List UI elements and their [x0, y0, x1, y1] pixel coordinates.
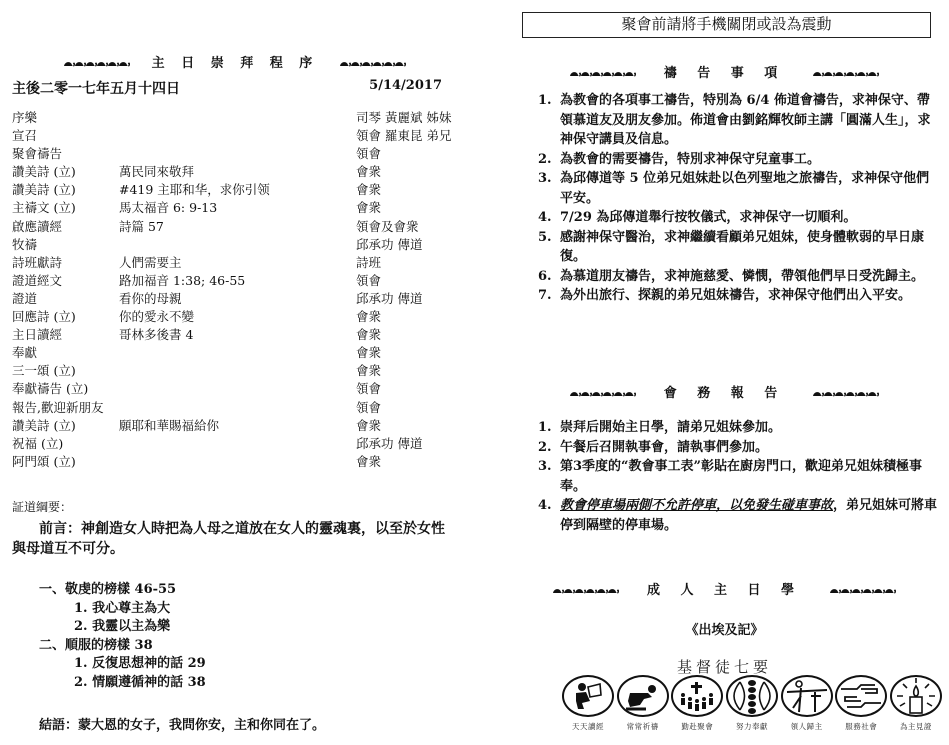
program-leader: 邱承功 傳道 [356, 435, 422, 453]
program-content: 詩篇 57 [119, 218, 164, 236]
sermon-intro: 前言：神創造女人時把為人母之道放在女人的靈魂裏，以至於女性與母道互不可分。 [12, 519, 452, 559]
program-list: 序樂司琴 黃麗斌 姊妹宣召領會 羅東昆 弟兄聚會禱告領會讚美詩 (立)萬民同來敬… [12, 109, 462, 471]
program-leader: 會衆 [356, 453, 381, 471]
program-row: 祝福 (立)邱承功 傳道 [12, 435, 462, 453]
prayer-item: 4.7/29 為邱傳道舉行按牧儀式，求神保守一切順利。 [538, 208, 938, 228]
essential-caption: 服務社會 [845, 721, 877, 732]
program-content: #419 主耶和华，求你引领 [119, 181, 270, 199]
program-content: 你的愛永不變 [119, 308, 194, 326]
scroll-ornament-icon [339, 59, 407, 69]
program-item: 讚美詩 (立) [12, 417, 76, 435]
program-item: 詩班獻詩 [12, 254, 62, 272]
church-gathering-icon [671, 675, 723, 717]
program-content: 哥林多後書 4 [119, 326, 193, 344]
program-row: 主禱文 (立)馬太福音 6: 9-13會衆 [12, 199, 462, 217]
program-item: 主禱文 (立) [12, 199, 76, 217]
order-of-worship-panel: 主 日 崇 拜 程 序 主後二零一七年五月十四日 5/14/2017 序樂司琴 … [0, 0, 470, 745]
item-number: 4. [538, 208, 552, 228]
announcements-heading: 會 務 報 告 [500, 382, 949, 401]
program-leader: 會衆 [356, 362, 381, 380]
outline-subpoint: 1. 我心尊主為大 [12, 600, 462, 619]
program-item: 阿門頌 (立) [12, 453, 76, 471]
program-item: 讚美詩 (立) [12, 181, 76, 199]
item-number: 2. [538, 150, 552, 170]
announcements-list: 1.崇拜后開始主日學，請弟兄姐妹參加。2.午餐后召開執事會，請執事們參加。3.第… [538, 418, 938, 535]
announcement-text: 第3季度的“教會事工表”彰貼在廚房門口，歡迎弟兄姐妹積極事奉。 [560, 459, 922, 494]
item-number: 5. [538, 228, 552, 248]
essential-caption: 為主見證 [900, 721, 932, 732]
program-item: 祝福 (立) [12, 435, 63, 453]
program-item: 牧禱 [12, 236, 37, 254]
prayer-item-text: 感謝神保守醫治，求神繼續看顧弟兄姐妹，使身體軟弱的早日康復。 [560, 230, 924, 265]
program-item: 宣召 [12, 127, 37, 145]
announcements-panel: 聚會前請將手機關閉或設為震動 禱 告 事 項 1.為教會的各項事工禱告，特別為 … [500, 0, 949, 745]
prayer-item-text: 為外出旅行、探親的弟兄姐妹禱告，求神保守他們出入平安。 [560, 288, 911, 303]
program-row: 主日讀經哥林多後書 4會衆 [12, 326, 462, 344]
essential-caption: 常常祈禱 [627, 721, 659, 732]
program-leader: 會衆 [356, 344, 381, 362]
witness-candle-icon [890, 675, 942, 717]
program-row: 證道看你的母親邱承功 傳道 [12, 290, 462, 308]
prayer-item: 5.感謝神保守醫治，求神繼續看顧弟兄姐妹，使身體軟弱的早日康復。 [538, 228, 938, 267]
scroll-ornament-icon [569, 389, 637, 399]
sermon-outline-label: 証道綱要： [12, 498, 462, 515]
seven-essentials-icons: 天天讀經常常祈禱勤赴聚會努力奉獻領人歸主服務社會為主見證 [562, 675, 942, 737]
scroll-ornament-icon [569, 69, 637, 79]
prayer-item: 7.為外出旅行、探親的弟兄姐妹禱告，求神保守他們出入平安。 [538, 286, 938, 306]
prayer-heading-title: 禱 告 事 項 [664, 66, 786, 81]
program-leader: 會衆 [356, 163, 381, 181]
program-row: 啟應讀經詩篇 57領會及會衆 [12, 218, 462, 236]
announcement-item: 3.第3季度的“教會事工表”彰貼在廚房門口，歡迎弟兄姐妹積極事奉。 [538, 457, 938, 496]
reading-bible-icon [562, 675, 614, 717]
program-item: 啟應讀經 [12, 218, 62, 236]
essential-caption: 領人歸主 [791, 721, 823, 732]
program-item: 回應詩 (立) [12, 308, 76, 326]
scroll-ornament-icon [829, 586, 897, 596]
program-leader: 司琴 黃麗斌 姊妹 [356, 109, 451, 127]
prayer-item-text: 7/29 為邱傳道舉行按牧儀式，求神保守一切順利。 [560, 210, 856, 225]
essential-item: 努力奉獻 [726, 675, 778, 737]
seven-essentials-title: 基督徒七要 [500, 656, 949, 677]
outline-point: 二、順服的榜樣 38 [12, 637, 462, 656]
prayer-item: 1.為教會的各項事工禱告，特別為 6/4 佈道會禱告，求神保守、帶領慕道友及朋友… [538, 91, 938, 150]
worship-order-title: 主 日 崇 拜 程 序 [152, 56, 319, 71]
essential-caption: 天天讀經 [572, 721, 604, 732]
sunday-school-book: 《出埃及記》 [500, 619, 949, 638]
sunday-school-heading: 成 人 主 日 學 [500, 579, 949, 598]
prayer-heading: 禱 告 事 項 [500, 62, 949, 81]
program-row: 回應詩 (立)你的愛永不變會衆 [12, 308, 462, 326]
kneeling-prayer-icon [617, 675, 669, 717]
essential-caption: 努力奉獻 [736, 721, 768, 732]
program-content: 萬民同來敬拜 [119, 163, 194, 181]
program-item: 主日讀經 [12, 326, 62, 344]
program-item: 聚會禱告 [12, 145, 62, 163]
program-row: 讚美詩 (立)願耶和華賜福給你會衆 [12, 417, 462, 435]
program-leader: 領會 [356, 399, 381, 417]
essential-item: 勤赴聚會 [671, 675, 723, 737]
program-leader: 領會 [356, 272, 381, 290]
outline-point: 一、敬虔的榜樣 46-55 [12, 581, 462, 600]
program-item: 序樂 [12, 109, 37, 127]
sermon-outline: 証道綱要： 前言：神創造女人時把為人母之道放在女人的靈魂裏，以至於女性與母道互不… [12, 498, 462, 733]
program-leader: 邱承功 傳道 [356, 236, 422, 254]
prayer-item-text: 為教會的需要禱告，特別求神保守兒童事工。 [560, 152, 820, 167]
prayer-item: 6.為慕道朋友禱告，求神施慈愛、憐憫，帶領他們早日受洗歸主。 [538, 267, 938, 287]
prayer-item-text: 為慕道朋友禱告，求神施慈愛、憐憫，帶領他們早日受洗歸主。 [560, 269, 924, 284]
program-row: 報告,歡迎新朋友領會 [12, 399, 462, 417]
program-content: 人們需要主 [119, 254, 182, 272]
program-row: 證道經文路加福音 1:38; 46-55領會 [12, 272, 462, 290]
date-numeric: 5/14/2017 [369, 78, 442, 93]
item-number: 1. [538, 91, 552, 111]
essential-item: 常常祈禱 [617, 675, 669, 737]
program-leader: 會衆 [356, 181, 381, 199]
program-item: 讚美詩 (立) [12, 163, 76, 181]
prayer-item: 3.為邱傳道等 5 位弟兄姐妹赴以色列聖地之旅禱告，求神保守他們平安。 [538, 169, 938, 208]
program-item: 證道 [12, 290, 37, 308]
program-leader: 會衆 [356, 308, 381, 326]
program-leader: 領會 羅東昆 弟兄 [356, 127, 451, 145]
item-number: 7. [538, 286, 552, 306]
announcements-heading-title: 會 務 報 告 [664, 386, 786, 401]
program-item: 三一頌 (立) [12, 362, 76, 380]
item-number: 3. [538, 169, 552, 189]
program-content: 馬太福音 6: 9-13 [119, 199, 217, 217]
sunday-school-heading-title: 成 人 主 日 學 [647, 583, 802, 598]
program-row: 奉獻禱告 (立)領會 [12, 380, 462, 398]
announcement-text: 午餐后召開執事會，請執事們參加。 [560, 440, 768, 455]
date-chinese: 主後二零一七年五月十四日 [12, 81, 180, 97]
announcement-item: 1.崇拜后開始主日學，請弟兄姐妹參加。 [538, 418, 938, 438]
phone-notice-box: 聚會前請將手機關閉或設為震動 [522, 12, 931, 38]
sermon-points: 一、敬虔的榜樣 46-551. 我心尊主為大2. 我靈以主為樂二、順服的榜樣 3… [12, 581, 462, 692]
program-item: 奉獻 [12, 344, 37, 362]
program-content: 願耶和華賜福給你 [119, 417, 219, 435]
program-leader: 詩班 [356, 254, 381, 272]
program-item: 奉獻禱告 (立) [12, 380, 88, 398]
scroll-ornament-icon [552, 586, 620, 596]
program-leader: 領會 [356, 380, 381, 398]
program-content: 路加福音 1:38; 46-55 [119, 272, 245, 290]
item-number: 4. [538, 496, 552, 516]
announcement-item: 2.午餐后召開執事會，請執事們參加。 [538, 438, 938, 458]
offering-fish-icon [726, 675, 778, 717]
program-row: 宣召領會 羅東昆 弟兄 [12, 127, 462, 145]
announcement-item: 4.教會停車場兩側不允許停車，以免發生碰車事故，弟兄姐妹可將車停到隔壁的停車場。 [538, 496, 938, 535]
outline-subpoint: 2. 我靈以主為樂 [12, 618, 462, 637]
program-item: 證道經文 [12, 272, 62, 290]
program-row: 三一頌 (立)會衆 [12, 362, 462, 380]
program-row: 讚美詩 (立)#419 主耶和华，求你引领會衆 [12, 181, 462, 199]
service-date: 主後二零一七年五月十四日 5/14/2017 [12, 78, 442, 98]
essential-item: 服務社會 [835, 675, 887, 737]
outline-subpoint: 1. 反復思想神的話 29 [12, 655, 462, 674]
program-row: 阿門頌 (立)會衆 [12, 453, 462, 471]
program-leader: 領會 [356, 145, 381, 163]
prayer-item-text: 為邱傳道等 5 位弟兄姐妹赴以色列聖地之旅禱告，求神保守他們平安。 [560, 171, 929, 206]
program-leader: 會衆 [356, 199, 381, 217]
serving-hands-icon [835, 675, 887, 717]
item-number: 2. [538, 438, 552, 458]
program-leader: 邱承功 傳道 [356, 290, 422, 308]
prayer-item-text: 為教會的各項事工禱告，特別為 6/4 佈道會禱告，求神保守、帶領慕道友及朋友參加… [560, 93, 931, 147]
program-leader: 會衆 [356, 326, 381, 344]
program-row: 序樂司琴 黃麗斌 姊妹 [12, 109, 462, 127]
program-row: 聚會禱告領會 [12, 145, 462, 163]
essential-item: 領人歸主 [781, 675, 833, 737]
announcement-text: 崇拜后開始主日學，請弟兄姐妹參加。 [560, 420, 781, 435]
announcement-emphasis: 教會停車場兩側不允許停車，以免發生碰車事故 [560, 498, 833, 513]
program-content: 看你的母親 [119, 290, 182, 308]
program-row: 詩班獻詩人們需要主詩班 [12, 254, 462, 272]
essential-caption: 勤赴聚會 [681, 721, 713, 732]
essential-item: 為主見證 [890, 675, 942, 737]
scroll-ornament-icon [63, 59, 131, 69]
evangelism-cross-icon [781, 675, 833, 717]
program-leader: 會衆 [356, 417, 381, 435]
prayer-item: 2.為教會的需要禱告，特別求神保守兒童事工。 [538, 150, 938, 170]
program-item: 報告,歡迎新朋友 [12, 399, 103, 417]
scroll-ornament-icon [812, 69, 880, 79]
prayer-list: 1.為教會的各項事工禱告，特別為 6/4 佈道會禱告，求神保守、帶領慕道友及朋友… [538, 91, 938, 306]
item-number: 1. [538, 418, 552, 438]
sermon-conclusion: 結語：蒙大恩的女子，我問你安，主和你同在了。 [12, 714, 462, 733]
essential-item: 天天讀經 [562, 675, 614, 737]
item-number: 6. [538, 267, 552, 287]
program-row: 奉獻會衆 [12, 344, 462, 362]
program-row: 讚美詩 (立)萬民同來敬拜會衆 [12, 163, 462, 181]
worship-order-heading: 主 日 崇 拜 程 序 [0, 52, 470, 71]
scroll-ornament-icon [812, 389, 880, 399]
program-row: 牧禱邱承功 傳道 [12, 236, 462, 254]
item-number: 3. [538, 457, 552, 477]
outline-subpoint: 2. 情願遵循神的話 38 [12, 674, 462, 693]
program-leader: 領會及會衆 [356, 218, 419, 236]
